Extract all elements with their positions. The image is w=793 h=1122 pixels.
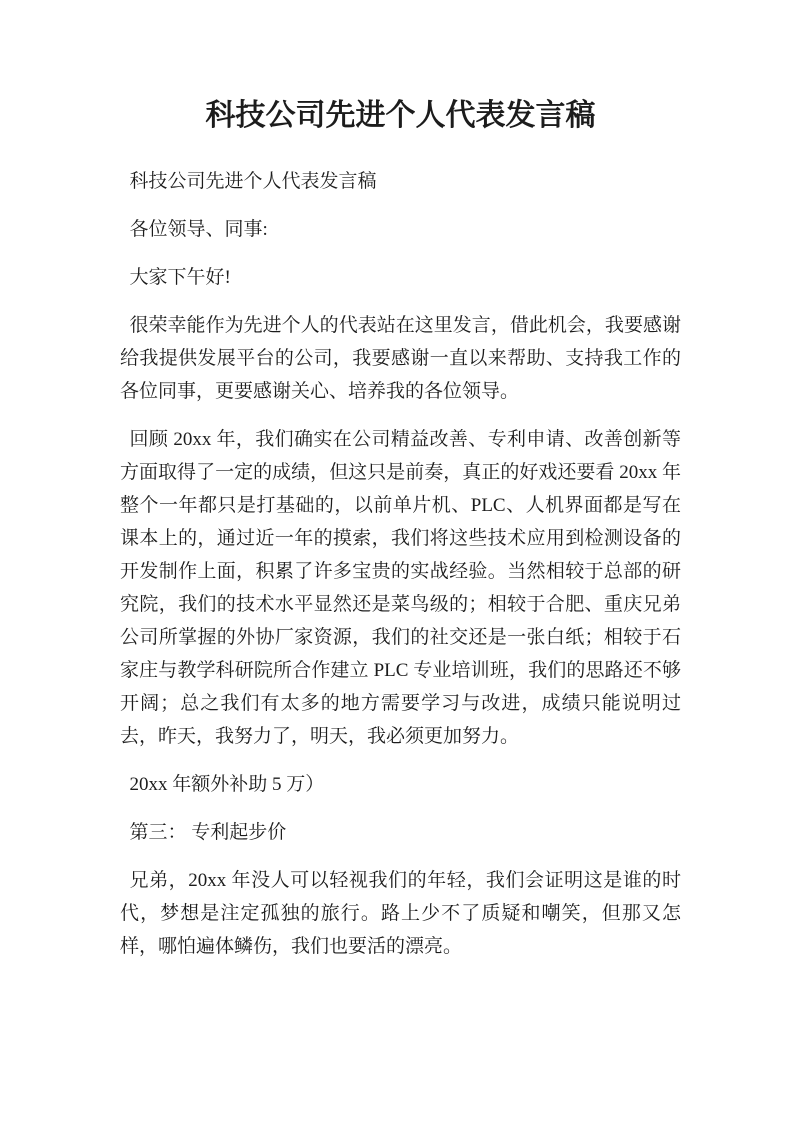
paragraph-closing: 兄弟，20xx 年没人可以轻视我们的年轻，我们会证明这是谁的时代，梦想是注定孤独…	[120, 864, 681, 963]
paragraph-review: 回顾 20xx 年，我们确实在公司精益改善、专利申请、改善创新等方面取得了一定的…	[120, 423, 681, 753]
document-title: 科技公司先进个人代表发言稿	[120, 96, 681, 135]
paragraph-subtitle: 科技公司先进个人代表发言稿	[120, 165, 681, 198]
paragraph-salutation: 各位领导、同事:	[120, 213, 681, 246]
paragraph-thanks: 很荣幸能作为先进个人的代表站在这里发言，借此机会，我要感谢给我提供发展平台的公司…	[120, 309, 681, 408]
paragraph-subsidy-note: 20xx 年额外补助 5 万）	[120, 768, 681, 801]
document-page: 科技公司先进个人代表发言稿 科技公司先进个人代表发言稿 各位领导、同事: 大家下…	[0, 0, 793, 1122]
paragraph-greeting: 大家下午好!	[120, 261, 681, 294]
paragraph-section-heading: 第三： 专利起步价	[120, 816, 681, 849]
